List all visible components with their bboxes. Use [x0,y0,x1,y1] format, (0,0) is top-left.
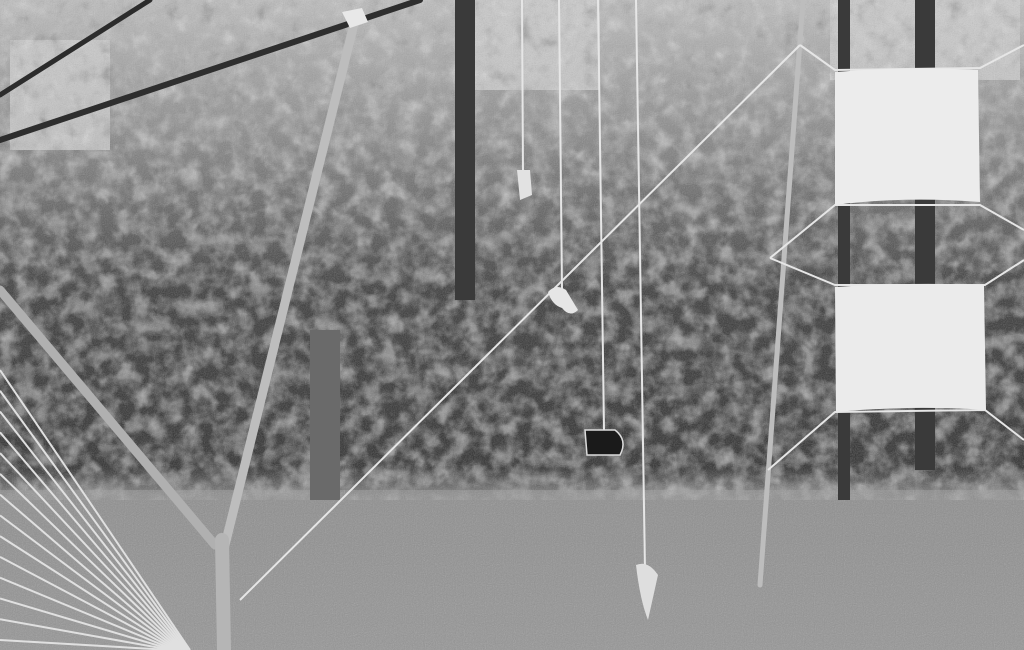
lower-white-panel [835,284,986,412]
photograph [0,0,1024,650]
dark-pouch [585,430,623,455]
upper-white-panel [835,68,980,205]
